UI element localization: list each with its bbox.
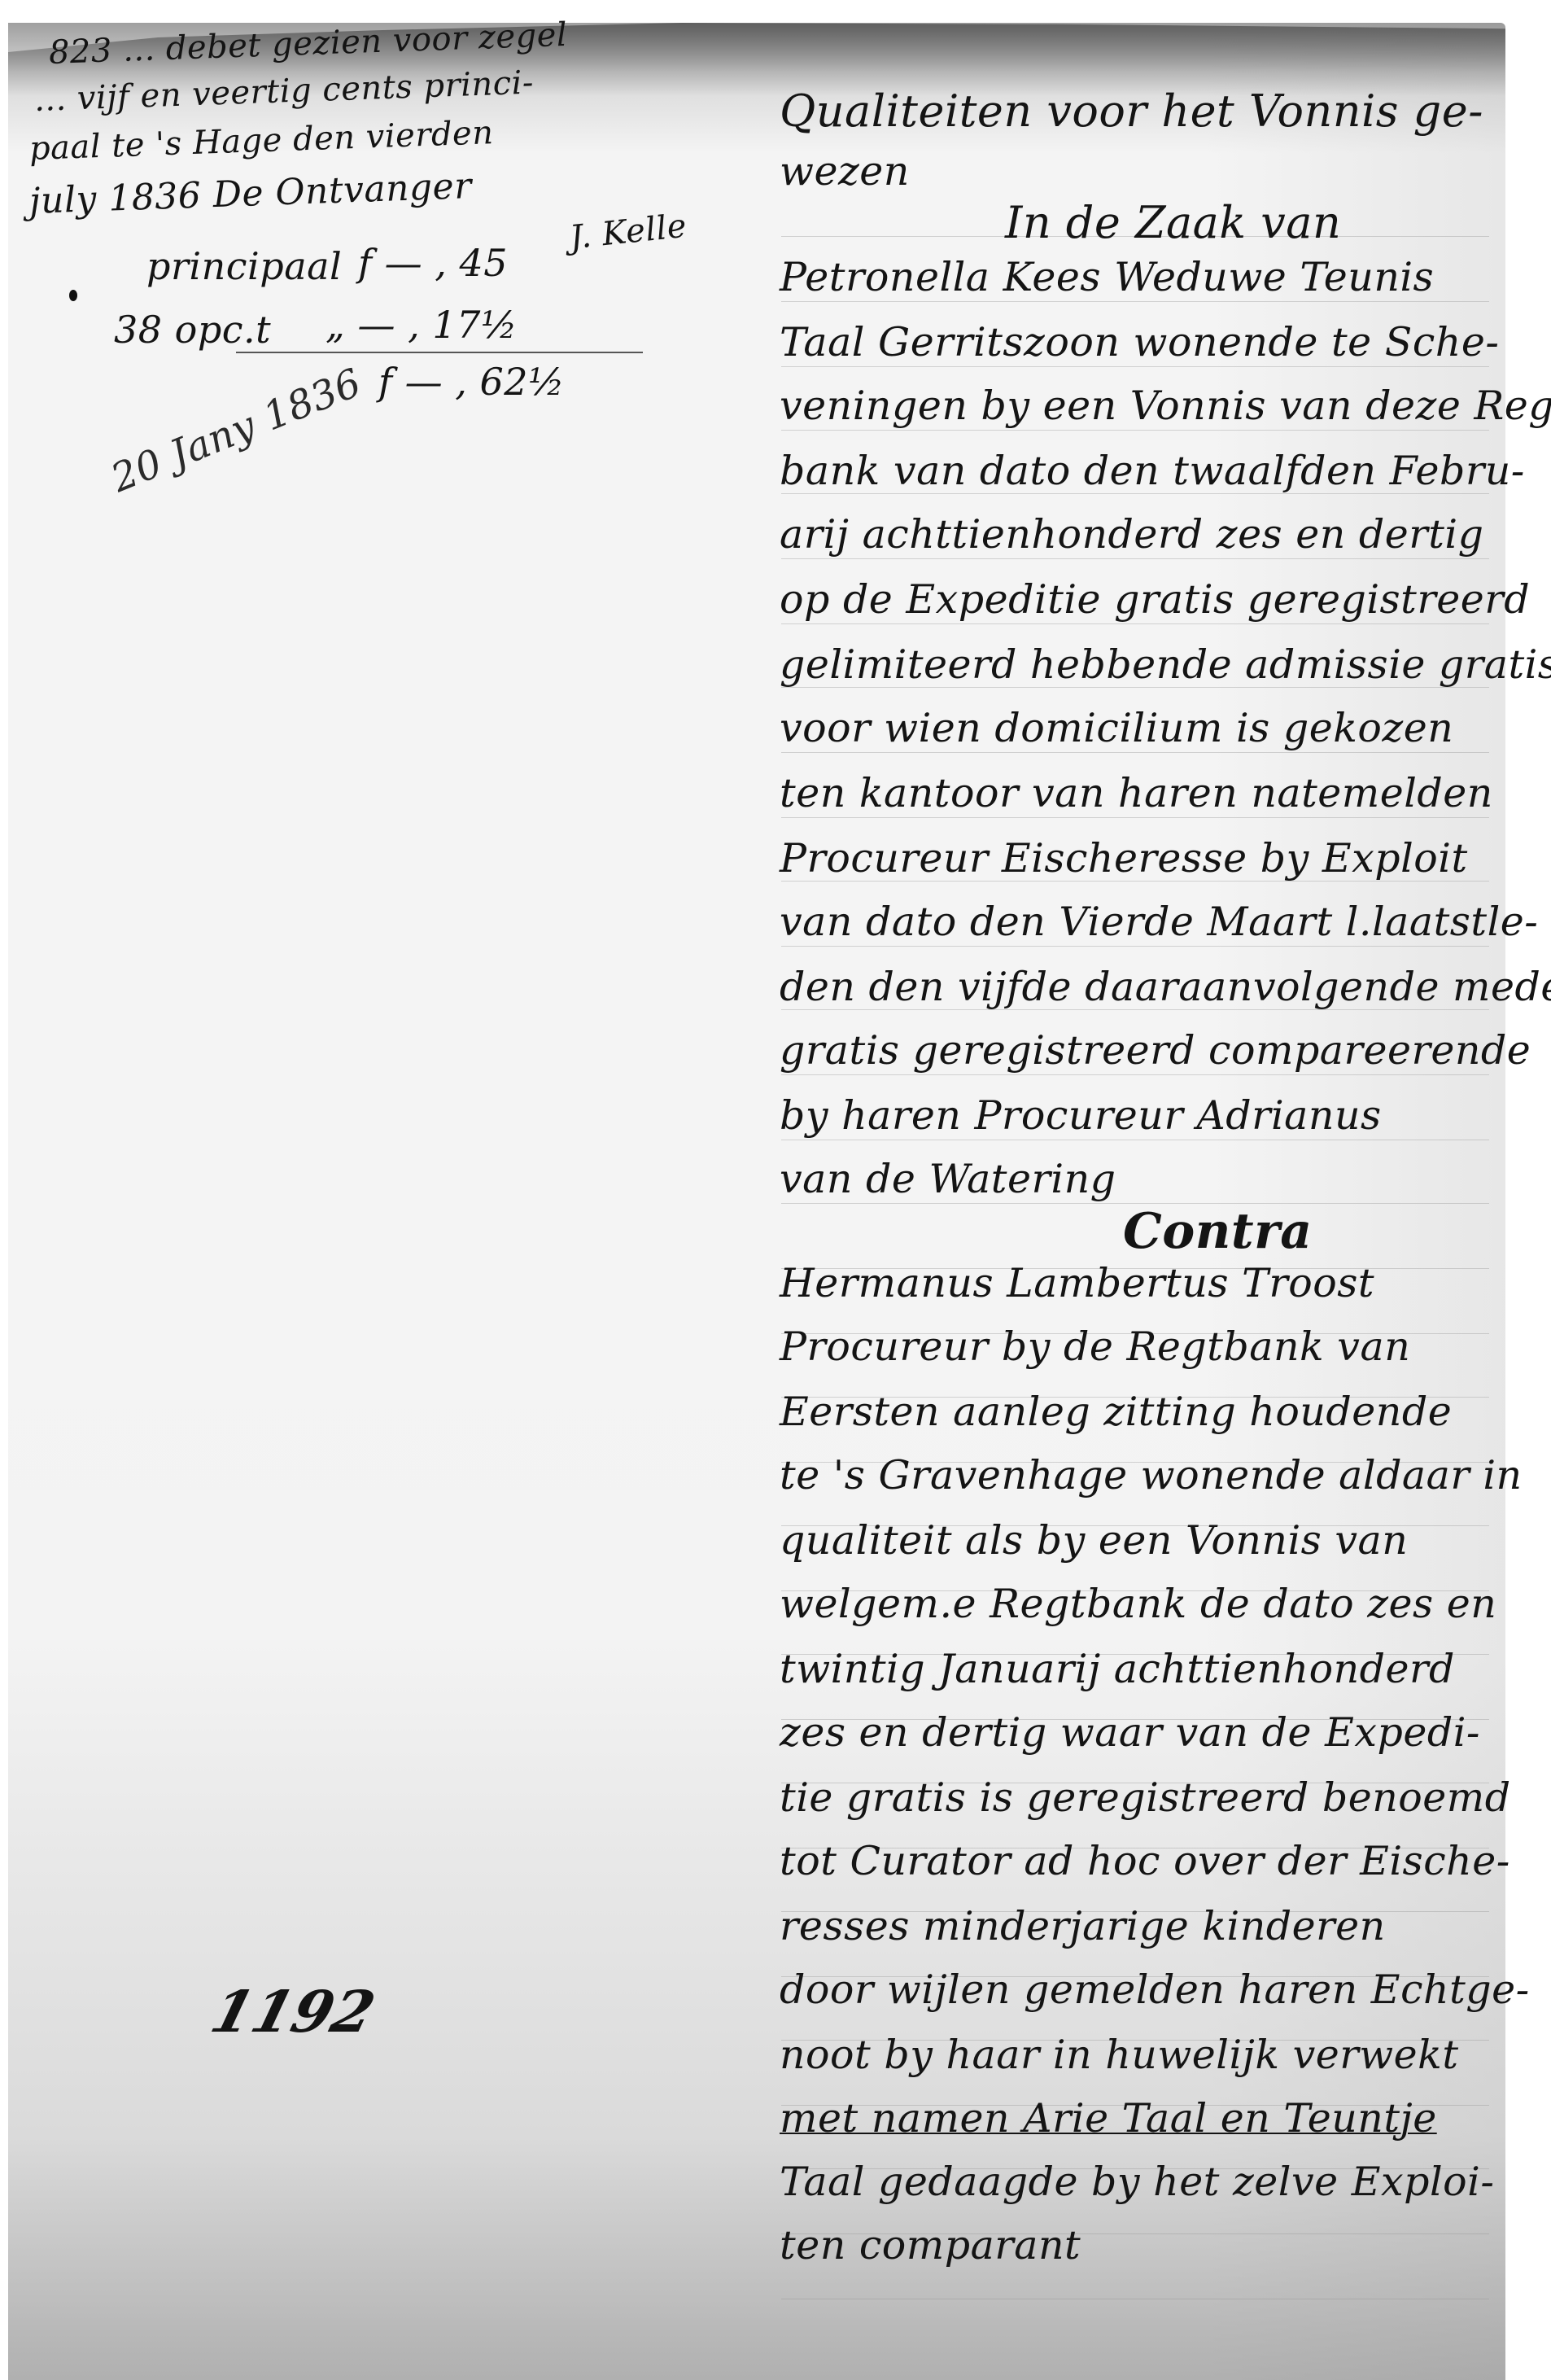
text-line: met namen Arie Taal en Teuntje [780, 2095, 1437, 2142]
ruled-line [781, 623, 1489, 624]
text-line: qualiteit als by een Vonnis van [780, 1517, 1408, 1564]
text-line: Petronella Kees Weduwe Teunis [780, 254, 1434, 300]
text-line: voor wien domicilium is gekozen [780, 705, 1453, 751]
text-line: resses minderjarige kinderen [780, 1903, 1386, 1949]
ruled-line [781, 2299, 1489, 2299]
text-line: veningen by een Vonnis van deze Regt- [780, 383, 1551, 429]
ruled-line [781, 817, 1489, 818]
ruled-line [781, 1074, 1489, 1075]
text-line: Taal Gerritszoon wonende te Sche- [780, 319, 1499, 365]
opcenten-label: 38 opc.t [114, 308, 271, 352]
ruled-line [781, 1140, 1489, 1140]
text-line: te 's Gravenhage wonende aldaar in [780, 1452, 1523, 1498]
text-line: gelimiteerd hebbende admissie gratis [780, 641, 1551, 688]
text-line: wezen [780, 148, 910, 195]
text-line: arij achttienhonderd zes en dertig [780, 511, 1483, 558]
ruled-line [781, 946, 1489, 947]
ruled-line [781, 301, 1489, 302]
ruled-line [781, 752, 1489, 753]
case-heading: In de Zaak van [1005, 197, 1341, 248]
sum-rule [236, 352, 643, 353]
text-line: by haren Procureur Adrianus [780, 1092, 1382, 1139]
text-line: ten comparant [780, 2222, 1081, 2268]
contra-heading: Contra [1123, 1203, 1313, 1260]
text-line: tie gratis is geregistreerd benoemd [780, 1774, 1511, 1821]
text-line: welgem.e Regtbank de dato zes en [780, 1581, 1496, 1627]
text-line: Procureur by de Regtbank van [780, 1323, 1410, 1370]
principaal-label: principaal [146, 244, 342, 288]
ruled-line [781, 558, 1489, 559]
defendant-name: Hermanus Lambertus Troost [780, 1260, 1374, 1306]
text-line: door wijlen gemelden haren Echtge- [780, 1967, 1530, 2013]
title-line: Qualiteiten voor het Vonnis ge- [780, 85, 1483, 137]
text-line: ten kantoor van haren natemelden [780, 770, 1493, 816]
text-line: zes en dertig waar van de Expedi- [780, 1709, 1480, 1756]
text-line: den den vijfde daaraanvolgende mede [780, 964, 1551, 1010]
text-line: Eersten aanleg zitting houdende [780, 1389, 1452, 1435]
text-line: noot by haar in huwelijk verwekt [780, 2032, 1459, 2078]
folio-number: 1192 [204, 1978, 382, 2045]
ink-dot [69, 290, 77, 301]
text-line: gratis geregistreerd compareerende [780, 1027, 1531, 1074]
total-value: f — , 62½ [378, 360, 565, 404]
text-line: Procureur Eischeresse by Exploit [780, 835, 1468, 882]
text-line: Taal gedaagde by het zelve Exploi- [780, 2159, 1494, 2205]
ruled-line [781, 430, 1489, 431]
text-line: tot Curator ad hoc over der Eische- [780, 1838, 1510, 1884]
text-line: twintig Januarij achttienhonderd [780, 1646, 1455, 1692]
text-line: bank van dato den twaalfden Febru- [780, 448, 1525, 494]
text-line: op de Expeditie gratis geregistreerd [780, 576, 1530, 623]
principaal-value: f — , 45 [358, 241, 508, 285]
text-line: van de Watering [780, 1156, 1116, 1202]
opcenten-value: „ — , 17½ [325, 303, 518, 347]
ruled-line [781, 366, 1489, 367]
text-line: van dato den Vierde Maart l.laatstle- [780, 899, 1538, 945]
